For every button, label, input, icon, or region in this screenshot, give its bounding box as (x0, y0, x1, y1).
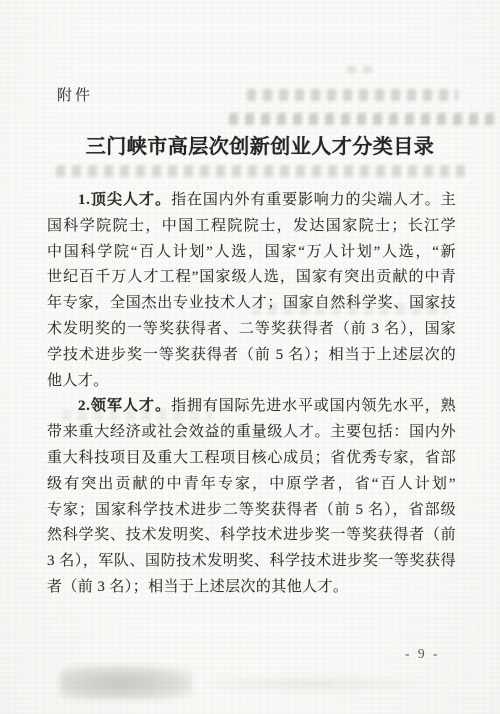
text-line: 中国科学院“百人计划”人选，国家“万人计划”人选，“新 (47, 240, 456, 266)
scanned-document-page: 附件 三门峡市高层次创新创业人才分类目录 1.顶尖人才。指在国内外有重要影响力的… (0, 0, 500, 714)
document-body: 1.顶尖人才。指在国内外有重要影响力的尖端人才。主国科学院院士，中国工程院院士，… (47, 188, 456, 601)
text-line: 术发明奖的一等奖获得者、二等奖获得者（前 3 名），国家科 (47, 317, 456, 343)
text-line: 重大科技项目及重大工程项目核心成员；省优秀专家，省部 (47, 446, 456, 472)
document-title: 三门峡市高层次创新创业人才分类目录 (30, 130, 490, 159)
scan-smudge (60, 666, 192, 700)
text-line: 他人才。 (47, 369, 456, 395)
text-line: 然科学奖、技术发明奖、科学技术进步奖一等奖获得者（前 (47, 523, 456, 549)
text-line: 3 名），军队、国防技术发明奖、科学技术进步奖一等奖获得 (47, 549, 456, 575)
bleedthrough-text-row (229, 113, 497, 125)
text-line: 世纪百千万人才工程”国家级人选，国家有突出贡献的中青 (47, 265, 456, 291)
paragraph-first-line-text: 指在国内外有重要影响力的尖端人才。主 (171, 192, 456, 208)
text-line: 2.领军人才。指拥有国际先进水平或国内领先水平，熟 (47, 394, 456, 420)
attachment-label: 附件 (57, 84, 93, 105)
paragraph-lead: 1.顶尖人才。 (78, 192, 171, 208)
scan-smudge (205, 676, 415, 692)
text-line: 学技术进步奖一等奖获得者（前 5 名）；相当于上述层次的其 (47, 343, 456, 369)
text-line: 带来重大经济或社会效益的重量级人才。主要包括：国内外 (47, 420, 456, 446)
text-line: 级有突出贡献的中青年专家，中原学者，省“百人计划” (47, 472, 456, 498)
paragraph-lead: 2.领军人才。 (78, 398, 171, 414)
text-line: 年专家，全国杰出专业技术人才；国家自然科学奖、国家技 (47, 291, 456, 317)
text-line: 国科学院院士，中国工程院院士，发达国家院士；长江学者， (47, 214, 456, 240)
bleedthrough-text-row (247, 89, 458, 101)
page-number: - 9 - (405, 646, 440, 662)
paragraph-first-line-text: 指拥有国际先进水平或国内领先水平，熟 (171, 398, 456, 414)
text-line: 专家；国家科学技术进步二等奖获得者（前 5 名），省部级自 (47, 498, 456, 524)
text-line: 1.顶尖人才。指在国内外有重要影响力的尖端人才。主 (47, 188, 456, 214)
text-line: 者（前 3 名）；相当于上述层次的其他人才。 (47, 575, 456, 601)
bleedthrough-mark (347, 66, 373, 73)
bleedthrough-text-row (56, 165, 470, 177)
